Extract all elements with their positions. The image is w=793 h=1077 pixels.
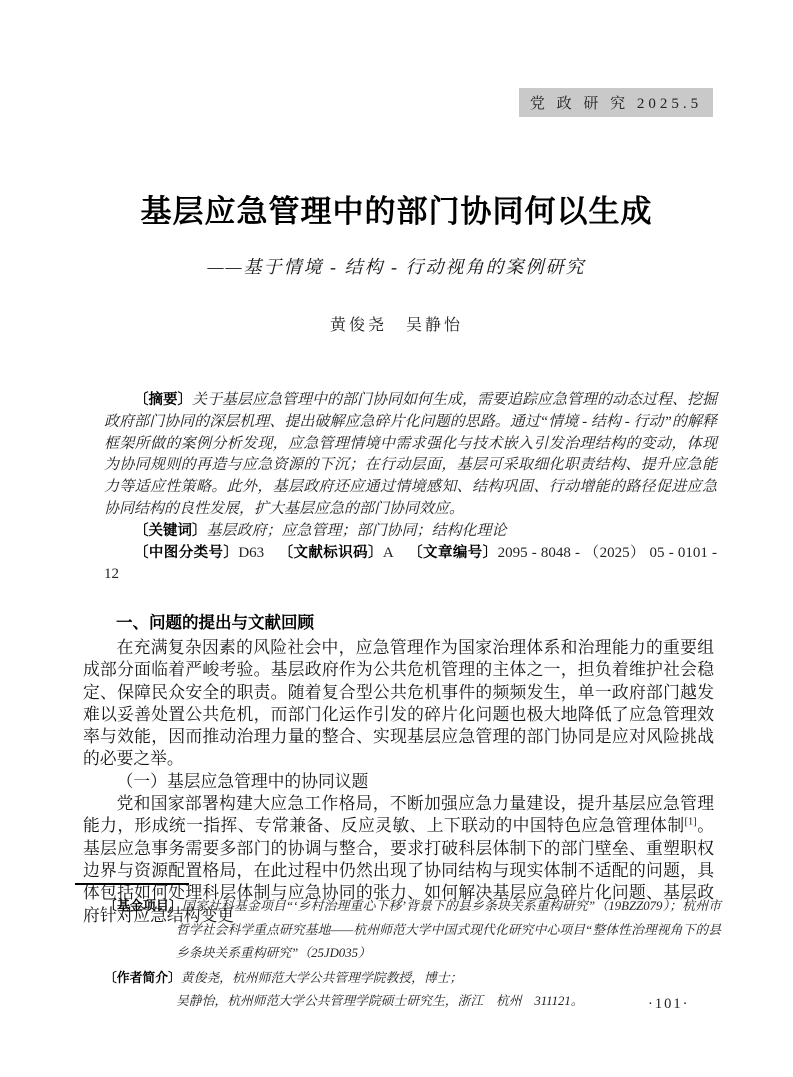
journal-page: 党 政 研 究 2025.5 基层应急管理中的部门协同何以生成 ——基于情境 -…: [0, 0, 793, 1077]
clc-label: 〔中图分类号〕: [134, 545, 238, 561]
author-bio-label: 〔作者简介〕: [104, 970, 181, 985]
article-title: 基层应急管理中的部门协同何以生成: [0, 186, 793, 231]
author-bio-note: 〔作者简介〕黄俊尧，杭州师范大学公共管理学院教授，博士；吴静怡，杭州师范大学公共…: [104, 966, 721, 1014]
abstract-text: 关于基层应急管理中的部门协同如何生成，需要追踪应急管理的动态过程、挖掘政府部门协…: [104, 392, 717, 517]
body-paragraph-1: 在充满复杂因素的风险社会中，应急管理作为国家治理体系和治理能力的重要组成部分面临…: [83, 637, 714, 771]
author-bio-line2: 吴静怡，杭州师范大学公共管理学院硕士研究生，浙江 杭州 311121。: [176, 994, 584, 1008]
article-authors: 黄俊尧 吴静怡: [0, 312, 793, 335]
fund-project-label: 〔基金项目〕: [104, 898, 182, 913]
abstract-paragraph: 〔摘要〕关于基层应急管理中的部门协同如何生成，需要追踪应急管理的动态过程、挖掘政…: [104, 390, 717, 521]
keywords-text: 基层政府；应急管理；部门协同；结构化理论: [207, 523, 507, 539]
footnotes-block: 〔基金项目〕国家社科基金项目“‘乡村治理重心下移’背景下的县乡条块关系重构研究”…: [104, 894, 721, 1014]
journal-header-badge: 党 政 研 究 2025.5: [519, 88, 713, 117]
doc-code-value: A: [383, 545, 394, 561]
abstract-label: 〔摘要〕: [134, 392, 192, 408]
page-number: ·101·: [648, 996, 689, 1013]
footnote-divider: [75, 883, 189, 885]
journal-header-text: 党 政 研 究 2025.5: [530, 92, 702, 113]
citation-ref-1: [1]: [685, 817, 697, 828]
article-id-label: 〔文章编号〕: [408, 545, 498, 561]
fund-project-text: 国家社科基金项目“‘乡村治理重心下移’背景下的县乡条块关系重构研究”（19BZZ…: [176, 899, 721, 960]
body-subheading: （一）基层应急管理中的协同议题: [83, 771, 714, 793]
keywords-label: 〔关键词〕: [134, 523, 207, 539]
article-subtitle: ——基于情境 - 结构 - 行动视角的案例研究: [0, 253, 793, 279]
author-bio-line1: 黄俊尧，杭州师范大学公共管理学院教授，博士；: [181, 971, 463, 985]
doc-code-label: 〔文献标识码〕: [278, 545, 383, 561]
clc-value: D63: [238, 545, 264, 561]
body-paragraph-2-text: 党和国家部署构建大应急工作格局，不断加强应急力量建设，提升基层应急管理能力，形成…: [83, 794, 714, 835]
keywords-line: 〔关键词〕基层政府；应急管理；部门协同；结构化理论: [104, 521, 717, 543]
section-heading: 一、问题的提出与文献回顾: [83, 609, 713, 633]
abstract-block: 〔摘要〕关于基层应急管理中的部门协同如何生成，需要追踪应急管理的动态过程、挖掘政…: [104, 390, 717, 586]
classification-line: 〔中图分类号〕D63〔文献标识码〕A〔文章编号〕2095 - 8048 - （2…: [104, 543, 717, 587]
fund-project-note: 〔基金项目〕国家社科基金项目“‘乡村治理重心下移’背景下的县乡条块关系重构研究”…: [104, 894, 721, 966]
